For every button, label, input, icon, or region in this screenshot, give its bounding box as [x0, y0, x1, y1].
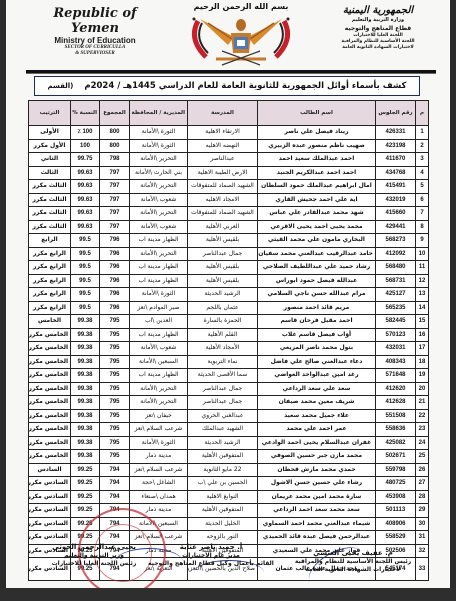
school-name: عبدالناصر — [188, 153, 258, 167]
percentage: 99.38 — [71, 355, 100, 369]
student-name: دعاء عبدالغني صالح علي فاضل — [258, 355, 376, 369]
school-name: عثمان باللجم — [188, 301, 258, 315]
student-name: رشاء علي حسين حسن الاشول — [258, 477, 376, 491]
district-name: التحرير \الأمانة — [130, 180, 188, 194]
school-name: بلقيس الأهلية — [188, 234, 258, 248]
seat-number: 423198 — [376, 139, 416, 153]
row-index: 14 — [416, 301, 429, 315]
table-row: 9568273البخاري مامون علي محمد القيثيبلقي… — [29, 234, 429, 248]
table-row: 26559798حمدي محمد مارش قحطان22 مايو الثا… — [29, 463, 429, 477]
row-index: 26 — [416, 463, 429, 477]
total-score: 796 — [100, 288, 130, 302]
ministry-name-ar: وزارة التربية والتعليم — [328, 17, 428, 24]
total-score: 797 — [100, 193, 130, 207]
seat-number: 425082 — [376, 436, 416, 450]
table-row: 3411670احمد عبدالملك سعيد احمدعبدالناصرا… — [29, 153, 429, 167]
district-name: مدينة ذمار — [130, 450, 188, 464]
total-score: 794 — [100, 463, 130, 477]
percentage: 99.63 — [71, 166, 100, 180]
row-index: 9 — [416, 234, 429, 248]
school-name: القلم الأهلية — [188, 328, 258, 342]
table-row: 10412092حامد عبدالرقيب عبدالغني محمد سفي… — [29, 247, 429, 261]
school-name: النوابغ الاهلية — [188, 490, 258, 504]
percentage: 99.38 — [71, 436, 100, 450]
school-name: المتفوقين الأهلية — [188, 450, 258, 464]
seat-number: 568273 — [376, 234, 416, 248]
rank-label: الرابع مكرر — [29, 247, 71, 261]
percentage: 99.38 — [71, 342, 100, 356]
rank-label: الثالث مكرر — [29, 193, 71, 207]
signer-title: وزير التربية والتعليم — [34, 552, 154, 560]
district-name: التحرير \الأمانة — [130, 247, 188, 261]
col-percent: النسبة % — [71, 101, 100, 126]
row-index: 27 — [416, 477, 429, 491]
student-name: صهيب ناظم منصور عبده الزبيري — [258, 139, 376, 153]
table-row: 29501113سعد محمد سعد احمد الرداعيالمتفوق… — [29, 504, 429, 518]
sector-name-ar: قطاع المناهج والتوجيه — [328, 24, 428, 33]
school-name: المتفوقين الأهلية — [188, 504, 258, 518]
district-name: الظهار مدينة اب — [130, 369, 188, 383]
student-name: شيماء عبدالغني محمد احمد السماوي — [258, 517, 376, 531]
total-score: 796 — [100, 274, 130, 288]
row-index: 10 — [416, 247, 429, 261]
total-score: 795 — [100, 342, 130, 356]
student-name: علاء جميل محمد سعيد — [258, 409, 376, 423]
total-score: 796 — [100, 247, 130, 261]
ministry-name-en: Ministry of Education — [40, 36, 150, 45]
seat-number: 501113 — [376, 504, 416, 518]
total-score: 795 — [100, 355, 130, 369]
rank-label: الرابع مكرر — [29, 288, 71, 302]
percentage: 99.5 — [71, 301, 100, 315]
school-name: الشهيد الصماد للمتفوقات — [188, 180, 258, 194]
school-name: الشهيد عبدالملك — [188, 423, 258, 437]
table-header-row: م رقم الجلوس اسم الطالب المدرسة المديرية… — [29, 101, 429, 126]
student-name: البخاري مامون علي محمد القيثي — [258, 234, 376, 248]
seat-number: 412628 — [376, 396, 416, 410]
school-name: جمال عبدالناصر — [188, 382, 258, 396]
table-row: 21412628شريف معين محمد صيفانجمال عبدالنا… — [29, 396, 429, 410]
table-row: 27480725رشاء علي حسين حسن الاشولالحسين ب… — [29, 477, 429, 491]
school-name: الرشيد الحديثة — [188, 436, 258, 450]
signature-center: أ. حميد ناصر غثاية مدير عام الاختبارات ا… — [146, 542, 276, 568]
rank-label: الخامس — [29, 315, 71, 329]
percentage: 99.25 — [71, 490, 100, 504]
row-index: 4 — [416, 166, 429, 180]
row-index: 30 — [416, 517, 429, 531]
student-name: رشاد حميد علي عبداللطيف الصلاحي — [258, 261, 376, 275]
country-name-ar: الجمهورية اليمنية — [328, 4, 428, 17]
district-name: بني الحارث \الأمانة — [130, 166, 188, 180]
student-name: أوَاب فيصل قاسم غلاب — [258, 328, 376, 342]
table-row: 2423198صهيب ناظم منصور عبده الزبيريالنهض… — [29, 139, 429, 153]
percentage: 100 ٪ — [71, 126, 100, 140]
percentage: 99.25 — [71, 463, 100, 477]
total-score: 794 — [100, 477, 130, 491]
seat-number: 411670 — [376, 153, 416, 167]
signer-title: لاختبارات الشهادة الثانوية العامة — [288, 566, 418, 574]
student-name: مرام عبدالله حسن ناجي السلامي — [258, 288, 376, 302]
seat-number: 434768 — [376, 166, 416, 180]
percentage: 99.38 — [71, 315, 100, 329]
percentage: 99.25 — [71, 504, 100, 518]
student-name: محمد مازن جبر حسين الصوفي — [258, 450, 376, 464]
school-name: جمال عبدالناصر — [188, 247, 258, 261]
rank-label: السادس مكرر — [29, 477, 71, 491]
table-row: 20412620سعد علي سعد الرداعيجمال عبدالناص… — [29, 382, 429, 396]
header-arabic-block: الجمهورية اليمنية وزارة التربية والتعليم… — [328, 4, 428, 51]
school-name: الرشيد الحديثة — [188, 288, 258, 302]
seat-number: 432019 — [376, 193, 416, 207]
district-name: همدان \صنعاء — [130, 490, 188, 504]
rank-label: الثالث مكرر — [29, 220, 71, 234]
row-index: 13 — [416, 288, 429, 302]
table-row: 4434768احمد احمد عبدالكريم الجنيدالارض ا… — [29, 166, 429, 180]
results-table: م رقم الجلوس اسم الطالب المدرسة المديرية… — [28, 100, 429, 581]
row-index: 8 — [416, 220, 429, 234]
total-score: 794 — [100, 490, 130, 504]
district-name: التحرير \الأمانة — [130, 153, 188, 167]
percentage: 99.38 — [71, 396, 100, 410]
district-name: الثورة \الأمانة — [130, 436, 188, 450]
rank-label: الخامس مكرر — [29, 450, 71, 464]
seat-number: 582445 — [376, 315, 416, 329]
district-name: الثورة \الأمانة — [130, 126, 188, 140]
col-school: المدرسة — [188, 101, 258, 126]
row-index: 25 — [416, 450, 429, 464]
header-emblem-block: بسم الله الرحمن الرحيم — [186, 2, 296, 72]
rank-label: الأول مكرر — [29, 139, 71, 153]
percentage: 99.5 — [71, 288, 100, 302]
seat-number: 558636 — [376, 423, 416, 437]
col-seat-number: رقم الجلوس — [376, 101, 416, 126]
total-score: 795 — [100, 382, 130, 396]
row-index: 15 — [416, 315, 429, 329]
total-score: 795 — [100, 450, 130, 464]
student-name: بتول محمد ناصر المريعي — [258, 342, 376, 356]
student-name: غفران عبدالسلام يحيى احمد الوادعي — [258, 436, 376, 450]
rank-label: الخامس مكرر — [29, 369, 71, 383]
document-title: كشف بأسماء أوائل الجمهورية للثانوية العا… — [84, 81, 406, 91]
school-name: بلقيس الأهلية — [188, 274, 258, 288]
rank-label: الثالث مكرر — [29, 207, 71, 221]
col-district: المديرية / المحافظة — [130, 101, 188, 126]
seat-number: 412092 — [376, 247, 416, 261]
percentage: 99.38 — [71, 409, 100, 423]
row-index: 24 — [416, 436, 429, 450]
total-score: 795 — [100, 423, 130, 437]
table-row: 15582445احمد مقبل فرحان قاسمالحمزة بالسا… — [29, 315, 429, 329]
student-name: رغد امين عبدالواحد العواضي — [258, 369, 376, 383]
row-index: 12 — [416, 274, 429, 288]
district-name: شرعب السلام \تعز — [130, 423, 188, 437]
rank-label: الخامس مكرر — [29, 342, 71, 356]
percentage: 99.63 — [71, 193, 100, 207]
total-score: 795 — [100, 328, 130, 342]
document-title-box: كشف بأسماء أوائل الجمهورية للثانوية العا… — [34, 76, 420, 96]
table-row: 17432031بتول محمد ناصر المريعيالأمجاد ال… — [29, 342, 429, 356]
district-name: الثورة \الأمانة — [130, 288, 188, 302]
rank-label: الرابع — [29, 234, 71, 248]
district-name: صبر الموادم \تعز — [130, 301, 188, 315]
total-score: 796 — [100, 301, 130, 315]
signer-name: م. عفيف يحيى العنسي — [288, 548, 418, 558]
total-score: 795 — [100, 396, 130, 410]
percentage: 99.5 — [71, 261, 100, 275]
table-row: 19571648رغد امين عبدالواحد العواضيسما ال… — [29, 369, 429, 383]
seat-number: 429441 — [376, 220, 416, 234]
row-index: 2 — [416, 139, 429, 153]
table-row: 12568731عبدالله فيصل حمود ابوراسبلقيس ال… — [29, 274, 429, 288]
rank-label: الأولى — [29, 126, 71, 140]
seat-number: 408343 — [376, 355, 416, 369]
student-name: سعد محمد سعد احمد الرداعي — [258, 504, 376, 518]
rank-label: الخامس مكرر — [29, 355, 71, 369]
student-name: احمد مقبل فرحان قاسم — [258, 315, 376, 329]
total-score: 796 — [100, 234, 130, 248]
row-index: 17 — [416, 342, 429, 356]
school-name: الارتقاء الاهلية — [188, 126, 258, 140]
table-row: 18408343دعاء عبدالغني صالح علي فاضلنماء … — [29, 355, 429, 369]
col-student-name: اسم الطالب — [258, 101, 376, 126]
sector-line2-en: & SUPERVIOSER — [40, 51, 150, 57]
country-name-en: Republic of Yemen — [40, 6, 150, 36]
seat-number: 415491 — [376, 180, 416, 194]
seat-number: 570123 — [376, 328, 416, 342]
district-name: الشاغل \حجة — [130, 477, 188, 491]
row-index: 11 — [416, 261, 429, 275]
row-index: 28 — [416, 490, 429, 504]
district-name: شعوب \الأمانة — [130, 342, 188, 356]
table-row: 14565235مريم قائد احمد منصورعثمان باللجم… — [29, 301, 429, 315]
table-row: 6432019اية علي احمد جحيش القاريالامجاد ا… — [29, 193, 429, 207]
student-name: امال ابراهيم عبدالملك حمود السلطان — [258, 180, 376, 194]
table-row: 25502671محمد مازن جبر حسين الصوفيالمتفوق… — [29, 450, 429, 464]
total-score: 800 — [100, 126, 130, 140]
seat-number: 412620 — [376, 382, 416, 396]
signatures-block: م. عفيف يحيى العنسي رئيس اللجنة الأساسية… — [26, 542, 446, 588]
table-row: 22551508علاء جميل محمد سعيدعبدالغني الحر… — [29, 409, 429, 423]
seat-number: 453908 — [376, 490, 416, 504]
rank-label: الخامس مكرر — [29, 328, 71, 342]
signature-left: يحيى عبدالرحمن الحوثي وزير التربية والتع… — [34, 542, 154, 568]
school-name: الحمزة بالسارة — [188, 315, 258, 329]
percentage: 99.63 — [71, 207, 100, 221]
document-page: Republic of Yemen Ministry of Education … — [6, 0, 450, 588]
district-name: شعوب \الأمانة — [130, 193, 188, 207]
rank-label: الخامس مكرر — [29, 409, 71, 423]
student-name: احمد عبدالملك سعيد احمد — [258, 153, 376, 167]
table-row: 28453908سارة محمد امين محمد عريمانالنواب… — [29, 490, 429, 504]
district-name: الظهار مدينة اب — [130, 274, 188, 288]
rank-label: الخامس مكرر — [29, 423, 71, 437]
total-score: 797 — [100, 207, 130, 221]
seat-number: 426331 — [376, 126, 416, 140]
total-score: 800 — [100, 139, 130, 153]
row-index: 20 — [416, 382, 429, 396]
col-index: م — [416, 101, 429, 126]
rank-label: الثالث — [29, 166, 71, 180]
row-index: 21 — [416, 396, 429, 410]
district-name: الظهار مدينة اب — [130, 328, 188, 342]
student-name: سعد علي سعد الرداعي — [258, 382, 376, 396]
total-score: 795 — [100, 315, 130, 329]
signer-name: يحيى عبدالرحمن الحوثي — [34, 542, 154, 552]
total-score: 797 — [100, 166, 130, 180]
total-score: 797 — [100, 180, 130, 194]
district-name: شعوب \الأمانة — [130, 220, 188, 234]
percentage: 99.5 — [71, 234, 100, 248]
seat-number: 425127 — [376, 288, 416, 302]
school-name: عبدالغني الحروي — [188, 409, 258, 423]
school-name: جمال عبدالناصر — [188, 396, 258, 410]
signer-title: رئيس اللجنة العليا للاختبارات — [34, 560, 154, 568]
header-english-block: Republic of Yemen Ministry of Education … — [40, 6, 150, 57]
row-index: 5 — [416, 180, 429, 194]
basmala: بسم الله الرحمن الرحيم — [186, 2, 296, 11]
rank-label: السادس مكرر — [29, 517, 71, 531]
percentage: 99.5 — [71, 274, 100, 288]
row-index: 7 — [416, 207, 429, 221]
school-name: 22 مايو الثانوية — [188, 463, 258, 477]
viewer-bottom-bar — [0, 588, 456, 601]
percentage: 99.38 — [71, 382, 100, 396]
percentage: 99.25 — [71, 477, 100, 491]
col-total: المجموع — [100, 101, 130, 126]
signer-title: القائم بأعمال وكيل قطاع المناهج والتوجيه — [146, 560, 276, 568]
row-index: 18 — [416, 355, 429, 369]
student-name: حامد عبدالرقيب عبدالغني محمد سفيان — [258, 247, 376, 261]
student-name: شريف معين محمد صيفان — [258, 396, 376, 410]
student-name: شهد محمد عبدالقادر علي عباس — [258, 207, 376, 221]
percentage: 99.38 — [71, 369, 100, 383]
district-name: السبعين \الأمانة — [130, 355, 188, 369]
district-name: التحرير \الأمانة — [130, 396, 188, 410]
percentage: 99.63 — [71, 220, 100, 234]
percentage: 99.38 — [71, 328, 100, 342]
school-name: العربي الأهلية — [188, 220, 258, 234]
table-row: 13425127مرام عبدالله حسن ناجي السلاميالر… — [29, 288, 429, 302]
school-name: الشهيد الصماد للمتفوقات — [188, 207, 258, 221]
yemen-eagle-emblem-icon — [186, 11, 296, 69]
col-rank: الترتيب — [29, 101, 71, 126]
seat-number: 565235 — [376, 301, 416, 315]
student-name: عبدالله فيصل حمود ابوراس — [258, 274, 376, 288]
seat-number: 568480 — [376, 261, 416, 275]
table-row: 8429441محمد يحيى احمد يحيى الاقرعيالعربي… — [29, 220, 429, 234]
percentage: 100 — [71, 139, 100, 153]
total-score: 795 — [100, 409, 130, 423]
seat-number: 559798 — [376, 463, 416, 477]
signer-title: مدير عام الاختبارات — [146, 552, 276, 560]
row-index: 6 — [416, 193, 429, 207]
total-score: 797 — [100, 220, 130, 234]
header-divider — [26, 70, 436, 74]
total-score: 795 — [100, 436, 130, 450]
table-row: 11568480رشاد حميد علي عبداللطيف الصلاحيب… — [29, 261, 429, 275]
district-name: شرعب السلام \تعز — [130, 463, 188, 477]
student-name: حمدي محمد مارش قحطان — [258, 463, 376, 477]
school-name: الامجاد الاهليه — [188, 193, 258, 207]
table-row: 1426331ريناد فيصل علي ناصرالارتقاء الاهل… — [29, 126, 429, 140]
row-index: 22 — [416, 409, 429, 423]
school-name: الارض الطيبة الاهلية — [188, 166, 258, 180]
total-score: 795 — [100, 369, 130, 383]
committee-line-3: لاختبارات الشهادة الثانوية العامة — [328, 45, 428, 51]
district-name: الظهار مدينة اب — [130, 234, 188, 248]
rank-label: السادس — [29, 463, 71, 477]
seat-number: 415660 — [376, 207, 416, 221]
signer-name: أ. حميد ناصر غثاية — [146, 542, 276, 552]
row-index: 29 — [416, 504, 429, 518]
district-name: التحرير \الأمانة — [130, 382, 188, 396]
district-name: العدين \اب — [130, 315, 188, 329]
seat-number: 568731 — [376, 274, 416, 288]
total-score: 798 — [100, 153, 130, 167]
seat-number: 480725 — [376, 477, 416, 491]
student-name: مريم قائد احمد منصور — [258, 301, 376, 315]
percentage: 99.63 — [71, 180, 100, 194]
student-name: ريناد فيصل علي ناصر — [258, 126, 376, 140]
district-name: حيفان \تعز — [130, 409, 188, 423]
school-name: بلقيس الأهلية — [188, 261, 258, 275]
row-index: 16 — [416, 328, 429, 342]
total-score: 796 — [100, 261, 130, 275]
seat-number: 502671 — [376, 450, 416, 464]
student-name: احمد احمد عبدالكريم الجنيد — [258, 166, 376, 180]
seat-number: 551508 — [376, 409, 416, 423]
school-name: الأمجاد الأهلية — [188, 342, 258, 356]
school-name: الخليل الحديثة — [188, 517, 258, 531]
student-name: اية علي احمد جحيش القاري — [258, 193, 376, 207]
signature-right: م. عفيف يحيى العنسي رئيس اللجنة الأساسية… — [288, 548, 418, 574]
school-name: النهضه الاهليه — [188, 139, 258, 153]
school-name: نماء التربوية — [188, 355, 258, 369]
student-name: محمد يحيى احمد يحيى الاقرعي — [258, 220, 376, 234]
row-index: 3 — [416, 153, 429, 167]
percentage: 99.38 — [71, 423, 100, 437]
seat-number: 571648 — [376, 369, 416, 383]
rank-label: الرابع مكرر — [29, 261, 71, 275]
rank-label: الثاني — [29, 153, 71, 167]
percentage: 99.38 — [71, 450, 100, 464]
district-name: الثورة \الأمانة — [130, 139, 188, 153]
row-index: 19 — [416, 369, 429, 383]
rank-label: الرابع مكرر — [29, 301, 71, 315]
school-name: الحسين بن علي \ب — [188, 477, 258, 491]
percentage: 99.5 — [71, 247, 100, 261]
district-name: الظهار مدينة اب — [130, 261, 188, 275]
seat-number: 432031 — [376, 342, 416, 356]
rank-label: السادس مكرر — [29, 504, 71, 518]
district-name: التحرير \الأمانة — [130, 207, 188, 221]
rank-label: الرابع مكرر — [29, 274, 71, 288]
row-index: 23 — [416, 423, 429, 437]
student-name: عمر احمد علي محمد — [258, 423, 376, 437]
school-name: سما الأقصى الحديثة — [188, 369, 258, 383]
rank-label: السادس مكرر — [29, 490, 71, 504]
table-row: 16570123أوَاب فيصل قاسم غلابالقلم الأهلي… — [29, 328, 429, 342]
table-row: 5415491امال ابراهيم عبدالملك حمود السلطا… — [29, 180, 429, 194]
rank-label: الخامس مكرر — [29, 436, 71, 450]
rank-label: الثالث مكرر — [29, 180, 71, 194]
table-row: 23558636عمر احمد علي محمدالشهيد عبدالملك… — [29, 423, 429, 437]
seat-number: 408906 — [376, 517, 416, 531]
rank-label: الخامس مكرر — [29, 382, 71, 396]
row-index: 1 — [416, 126, 429, 140]
percentage: 99.75 — [71, 153, 100, 167]
table-row: 7415660شهد محمد عبدالقادر علي عباسالشهيد… — [29, 207, 429, 221]
